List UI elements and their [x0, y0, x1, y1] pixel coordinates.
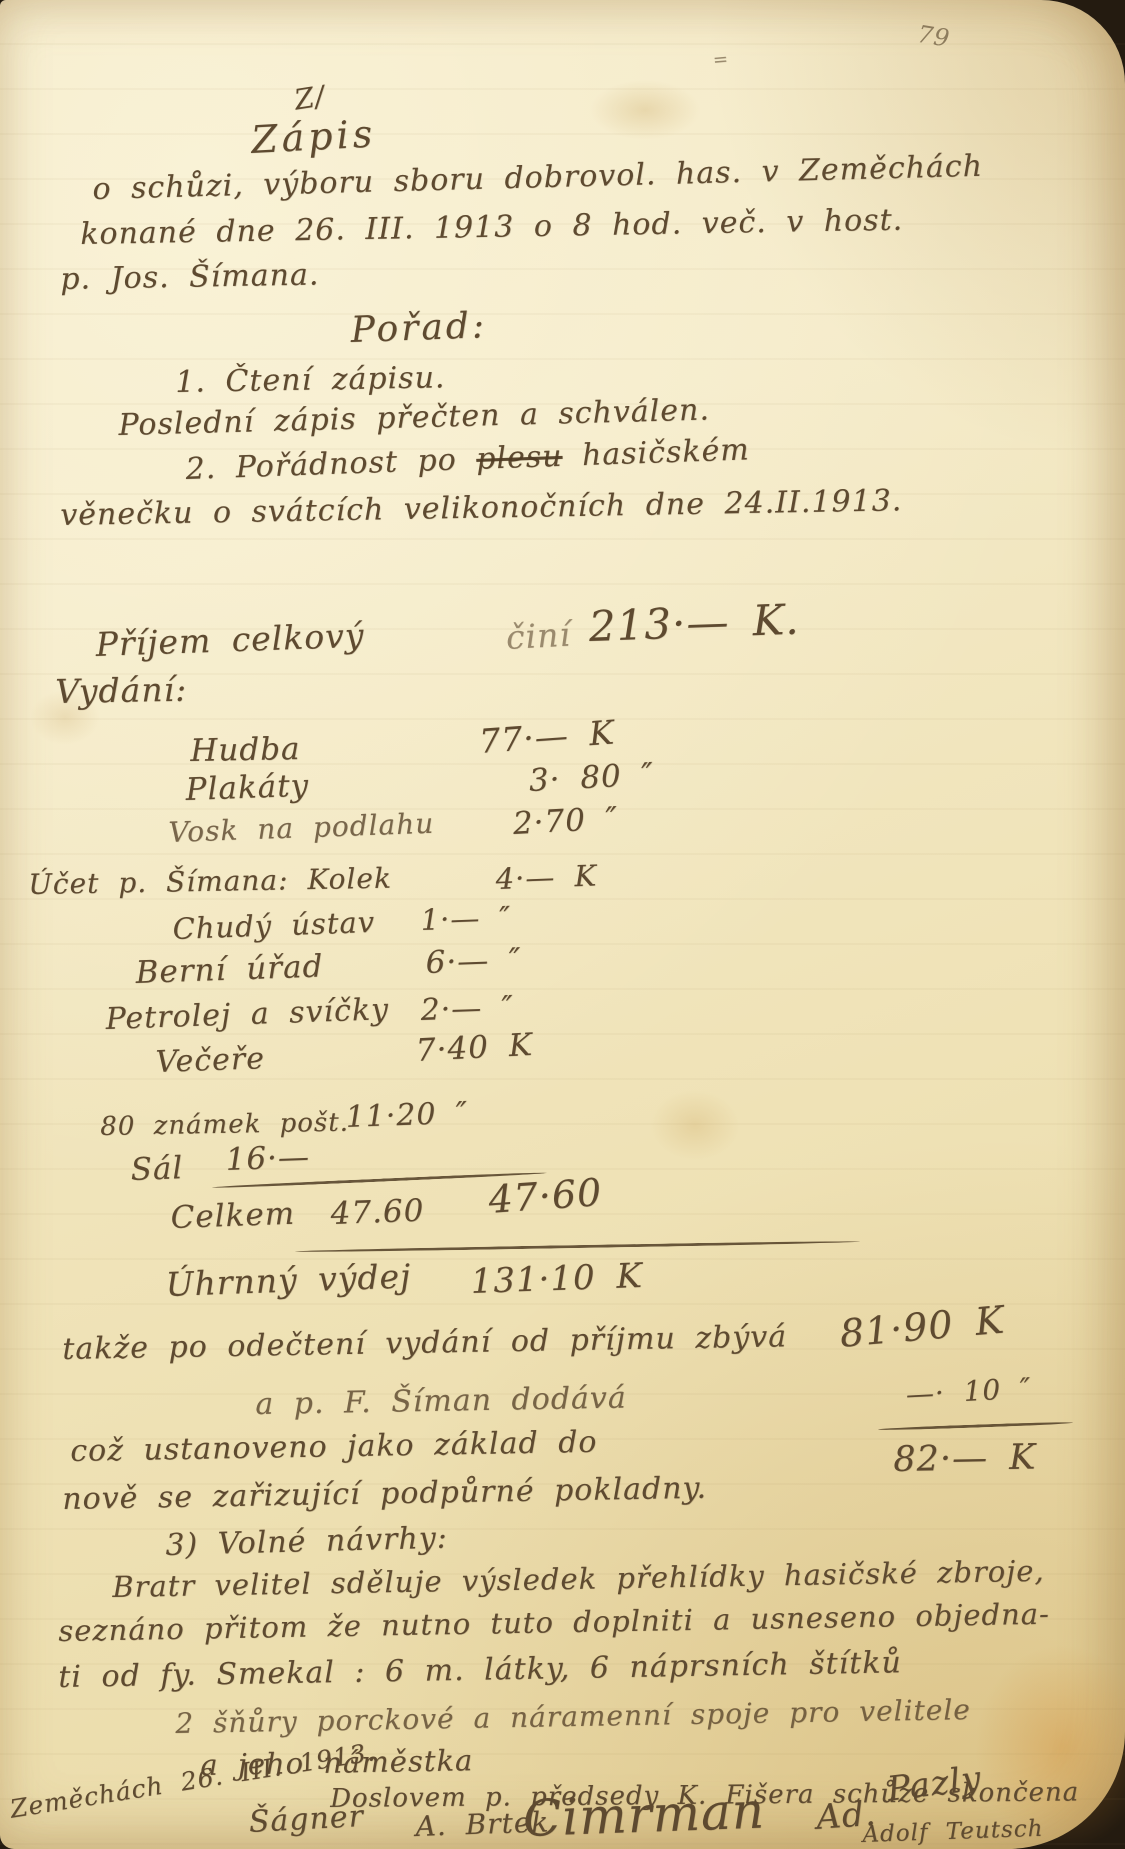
income-label: Příjem celkový: [95, 616, 365, 664]
agenda-item-1-resolution: Poslední zápis přečten a schválen.: [118, 393, 710, 443]
total-label: Úhrnný výdej: [165, 1256, 412, 1304]
income-value: 213·— K.: [588, 595, 800, 651]
proposals-line-4: 2 šňůry porckové a náramenní spoje pro v…: [175, 1693, 971, 1740]
agenda-item-2: 2. Pořádnost po plesu hasičském: [185, 432, 750, 487]
intro-line-1: o schůzi, výboru sboru dobrovol. has. v …: [92, 149, 983, 207]
balance-line-1: takže po odečtení vydání od příjmu zbývá: [62, 1319, 787, 1367]
agenda-heading: Pořad:: [350, 305, 488, 351]
balance-value-3: 82·— K: [893, 1438, 1037, 1480]
signature-3: Cimrman: [522, 1782, 766, 1848]
expense-label: Plakáty: [185, 768, 310, 808]
subtotal-value: 47.60: [330, 1193, 425, 1232]
signature-1: Šágner: [248, 1799, 365, 1840]
subtotal-label: Celkem: [170, 1196, 296, 1236]
agenda-item-2-line-2: věnečku o svátcích velikonočních dne 24.…: [60, 483, 903, 533]
page-number: 79: [916, 20, 953, 53]
underline-subtotal: [295, 1240, 860, 1253]
expense-value: 2·— ″: [420, 990, 515, 1028]
manuscript-page: 79 = Z/ Zápis o schůzi, výboru sboru dob…: [0, 0, 1125, 1849]
intro-line-2: konané dne 26. III. 1913 o 8 hod. več. v…: [80, 203, 903, 252]
expenses-heading: Vydání:: [55, 670, 188, 711]
underline-balance: [878, 1421, 1073, 1431]
expense-label: Večeře: [155, 1041, 265, 1080]
intro-line-3: p. Jos. Šímana.: [60, 257, 320, 297]
document-title: Zápis: [250, 111, 377, 161]
expense-label: Chudý ústav: [172, 905, 376, 946]
corner-mark: =: [712, 49, 730, 71]
pen-trial-mark: Z/: [292, 79, 328, 116]
agenda-item-2-text-after: hasičském: [562, 432, 750, 474]
expense-value: 2·70 ″: [512, 800, 619, 841]
balance-value-2: —· 10 ″: [905, 1371, 1032, 1411]
proposals-line-2: seznáno přitom že nutno tuto doplniti a …: [58, 1597, 1050, 1648]
expense-value: 77·— K: [478, 713, 616, 761]
expense-label: 80 známek pošt.: [100, 1108, 349, 1142]
expense-value: 11·20 ″: [345, 1096, 469, 1135]
total-value: 131·10 K: [470, 1256, 643, 1302]
balance-line-4: nově se zařizující podpůrné pokladny.: [62, 1471, 707, 1517]
expense-label: Účet p. Šímana: Kolek: [28, 862, 392, 901]
expense-value: 6·— ″: [425, 942, 522, 981]
expense-value: 1·— ″: [420, 900, 512, 937]
balance-line-2: a p. F. Šíman dodává: [255, 1381, 627, 1422]
expense-value: 7·40 K: [415, 1027, 534, 1069]
agenda-item-2-text-before: 2. Pořádnost po: [185, 442, 477, 487]
expense-label: Petrolej a svíčky: [105, 992, 390, 1037]
expense-value: 16·—: [225, 1139, 311, 1178]
expense-value: 3· 80 ″: [528, 756, 655, 799]
proposals-line-3: ti od fy. Smekal : 6 m. látky, 6 náprsní…: [58, 1645, 902, 1695]
balance-value-1: 81·90 K: [838, 1298, 1006, 1356]
expense-value: 4·— K: [495, 858, 598, 896]
expense-label: Hudba: [190, 731, 301, 769]
income-label-faint: činí: [505, 615, 572, 657]
agenda-item-1: 1. Čtení zápisu.: [175, 360, 446, 400]
proposals-line-1: Bratr velitel sděluje výsledek přehlídky…: [112, 1554, 1045, 1604]
struck-word: plesu: [476, 439, 563, 477]
subtotal-carried-value: 47·60: [487, 1170, 604, 1222]
stain-top-center: [590, 80, 700, 140]
balance-line-3: což ustanoveno jako základ do: [70, 1425, 598, 1469]
signature-6: Adolf Teutsch: [862, 1816, 1044, 1848]
expense-label: Berní úřad: [135, 948, 324, 991]
expense-label: Vosk na podlahu: [168, 807, 435, 849]
expense-label: Sál: [130, 1150, 184, 1188]
proposals-heading: 3) Volné návrhy:: [165, 1521, 448, 1563]
stain-mid: [650, 1090, 740, 1160]
